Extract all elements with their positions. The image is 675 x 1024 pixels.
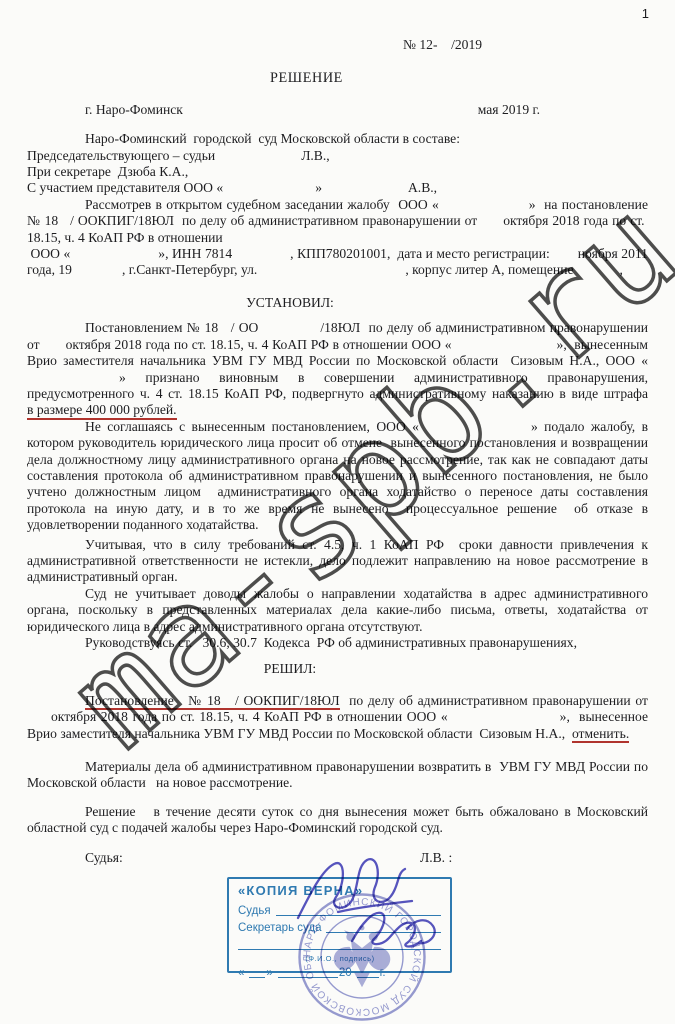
text-run: , корпус литер А, помещение [405,262,573,277]
text-run: Материалы дела об административном право… [27,759,648,790]
redacted-gap [215,159,301,160]
document-title: РЕШЕНИЕ [27,70,648,86]
redacted-gap [419,430,531,431]
redacted-gap [452,348,557,349]
stamp-quote-close: » [266,967,272,980]
text-run: » [315,180,322,195]
judge-label: Судья: [85,850,123,866]
round-court-seal: НАРО-ФОМИНСКИЙ ГОРОДСКОЙ СУД МОСКОВСКОЙ … [296,891,428,1023]
presiding-judge-line: Председательствующего – судьиЛ.В., [27,148,648,164]
redacted-gap [40,348,66,349]
text-run: октября 2018 года по ст. 18.15, ч. 4 КоА… [66,337,452,352]
redacted-gap [223,191,315,192]
double-headed-eagle-icon [334,925,391,987]
redacted-gap [448,720,560,721]
established-paragraph-4: Суд не учитывает доводы жалобы о направл… [27,586,648,635]
representative-line: С участием представителя ООО «»А.В., [27,180,648,196]
case-number: № 12- /2019 [403,37,648,53]
redacted-gap [27,720,51,721]
established-paragraph-5: Руководствуясь ст. 30.6, 30.7 Кодекса РФ… [27,635,648,651]
decided-paragraph-2: Материалы дела об административном право… [27,759,648,792]
redacted-gap [72,273,122,274]
text-run: Решение в течение десяти суток со дня вы… [27,804,648,835]
text-run: по делу об административном правонарушен… [340,693,648,708]
redacted-gap [257,273,405,274]
red-underlined-text: отменить. [572,726,629,744]
established-paragraph-2: Не соглашаясь с вынесенным постановление… [27,419,648,534]
heading-established: УСТАНОВИЛ: [27,295,648,311]
established-paragraph-1: Постановлением № 18 / ОО/18ЮЛ по делу об… [27,320,648,418]
judge-signature-row: Судья: Л.В. : [0,850,675,868]
secretary-line: При секретаре Дзюба К.А., [27,164,648,180]
redacted-gap [258,331,320,332]
text-run: , г.Санкт-Петербург, ул. [122,262,257,277]
text-run: Наро-Фоминский городской суд Московской … [85,131,460,146]
text-run: С участием представителя ООО « [27,180,223,195]
text-run: Л.В., [301,148,329,163]
court-composition-line: Наро-Фоминский городской суд Московской … [27,131,648,147]
text-run: » подало жалобу, в котором руководитель … [27,419,648,532]
company-details-paragraph: ООО «», ИНН 7814, КПП780201001, дата и м… [27,246,648,279]
text-run: Суд не учитывает доводы жалобы о направл… [27,586,648,634]
redacted-gap [550,257,578,258]
text-run: Постановлением № 18 / ОО [85,320,258,335]
judge-initials: Л.В. : [420,850,452,866]
case-reviewed-paragraph: Рассмотрев в открытом судебном заседании… [27,197,648,246]
text-run: , КПП780201001, дата и место регистрации… [290,246,550,261]
heading-decided: РЕШИЛ: [27,661,648,677]
redacted-gap [232,257,290,258]
established-paragraph-3: Учитывая, что в силу требований ст. 4.5,… [27,537,648,586]
text-run: » признано виновным в совершении админис… [27,370,648,401]
stamp-judge-label: Судья [238,905,271,918]
text-run: А.В., [408,180,437,195]
red-underlined-text: Постановление № 18 / ООКПИГ/18ЮЛ [85,693,340,711]
redacted-gap [70,257,158,258]
decided-paragraph-3: Решение в течение десяти суток со дня вы… [27,804,648,837]
decision-date: мая 2019 г. [478,102,540,118]
text-run: При секретаре Дзюба К.А., [27,164,188,179]
redacted-gap [27,381,119,382]
document-body: № 12- /2019 РЕШЕНИЕ г. Наро-Фоминск мая … [27,0,648,837]
intro-block: Наро-Фоминский городской суд Московской … [27,131,648,279]
stamp-day-blank [249,977,265,978]
scanned-court-decision-page: 1 № 12- /2019 РЕШЕНИЕ г. Наро-Фоминск ма… [0,0,675,1024]
city-name: г. Наро-Фоминск [85,102,183,118]
text-run: , [620,262,623,277]
text-run: Учитывая, что в силу требований ст. 4.5,… [27,537,648,585]
text-run: Руководствуясь ст. 30.6, 30.7 Кодекса РФ… [85,635,577,650]
text-run: Не соглашаясь с вынесенным постановление… [85,419,419,434]
decided-paragraph-1: Постановление № 18 / ООКПИГ/18ЮЛ по делу… [27,693,648,742]
redacted-gap [439,208,529,209]
text-run: », ИНН 7814 [158,246,232,261]
text-run: октября 2018 года по ст. 18.15, ч. 4 КоА… [51,709,448,724]
city-date-row: г. Наро-Фоминск мая 2019 г. [27,102,648,118]
text-run: Председательствующего – судьи [27,148,215,163]
text-run: ООО « [27,246,70,261]
text-run: Рассмотрев в открытом судебном заседании… [85,197,439,212]
redacted-gap [477,224,503,225]
stamp-quote-open: « [238,967,244,980]
red-underlined-text: в размере 400 000 рублей. [27,402,177,420]
redacted-gap [574,273,620,274]
redacted-gap [322,191,408,192]
